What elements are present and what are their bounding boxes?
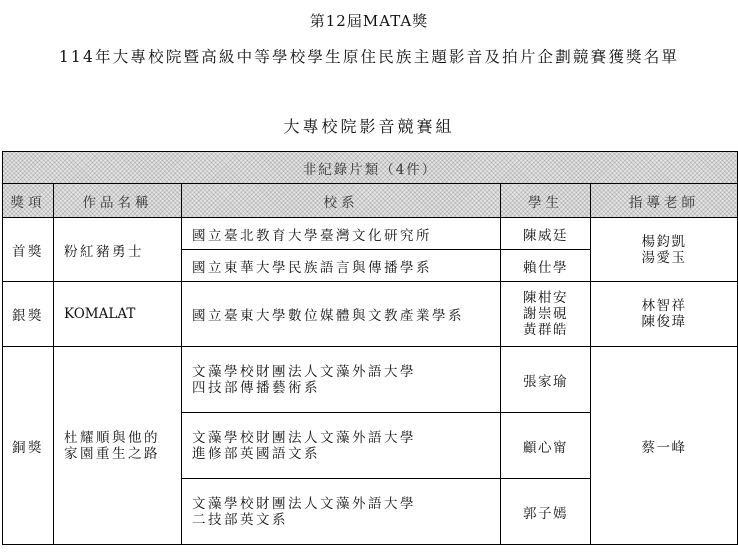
award-cell: 首獎 (3, 218, 54, 282)
header-work: 作品名稱 (54, 184, 182, 218)
table-row: 銀獎 KOMALAT 國立臺東大學數位媒體與文教產業學系 陳柑安 謝崇硯 黃群皓… (3, 282, 738, 347)
advisor-cell: 蔡一峰 (591, 347, 738, 545)
header-award: 獎項 (3, 184, 54, 218)
school-cell: 國立臺北教育大學臺灣文化研究所 (182, 218, 501, 250)
student-cell: 陳柑安 謝崇硯 黃群皓 (501, 282, 591, 347)
school-cell: 文藻學校財團法人文藻外語大學 進修部英國語文系 (182, 413, 501, 479)
school-cell: 文藻學校財團法人文藻外語大學 二技部英文系 (182, 479, 501, 545)
category-row: 非紀錄片類（4件） (3, 152, 738, 184)
document-subtitle: 114年大專校院暨高級中等學校學生原住民族主題影音及拍片企劃競賽獲獎名單 (0, 45, 738, 67)
document-title: 第12屆MATA獎 (0, 10, 738, 31)
award-cell: 銀獎 (3, 282, 54, 347)
advisor-cell: 林智祥 陳俊瑋 (591, 282, 738, 347)
header-row: 獎項 作品名稱 校系 學生 指導老師 (3, 184, 738, 218)
header-student: 學生 (501, 184, 591, 218)
student-cell: 顧心甯 (501, 413, 591, 479)
work-title-cell: 杜耀順與他的 家園重生之路 (54, 347, 182, 545)
header-school: 校系 (182, 184, 501, 218)
award-cell: 銅獎 (3, 347, 54, 545)
school-cell: 國立臺東大學數位媒體與文教產業學系 (182, 282, 501, 347)
student-cell: 陳威廷 (501, 218, 591, 250)
header-advisor: 指導老師 (591, 184, 738, 218)
student-cell: 郭子嫣 (501, 479, 591, 545)
school-cell: 國立東華大學民族語言與傳播學系 (182, 250, 501, 282)
table-row: 銅獎 杜耀順與他的 家園重生之路 文藻學校財團法人文藻外語大學 四技部傳播藝術系… (3, 347, 738, 413)
student-cell: 賴仕學 (501, 250, 591, 282)
awards-table: 非紀錄片類（4件） 獎項 作品名稱 校系 學生 指導老師 首獎 粉紅豬勇士 國立… (2, 151, 738, 545)
category-label: 非紀錄片類（4件） (3, 152, 738, 184)
school-cell: 文藻學校財團法人文藻外語大學 四技部傳播藝術系 (182, 347, 501, 413)
work-title-cell: 粉紅豬勇士 (54, 218, 182, 282)
work-title-cell: KOMALAT (54, 282, 182, 347)
student-cell: 張家瑜 (501, 347, 591, 413)
table-row: 首獎 粉紅豬勇士 國立臺北教育大學臺灣文化研究所 陳威廷 楊鈞凱 湯愛玉 (3, 218, 738, 250)
advisor-cell: 楊鈞凱 湯愛玉 (591, 218, 738, 282)
section-title: 大專校院影音競賽組 (0, 114, 738, 137)
